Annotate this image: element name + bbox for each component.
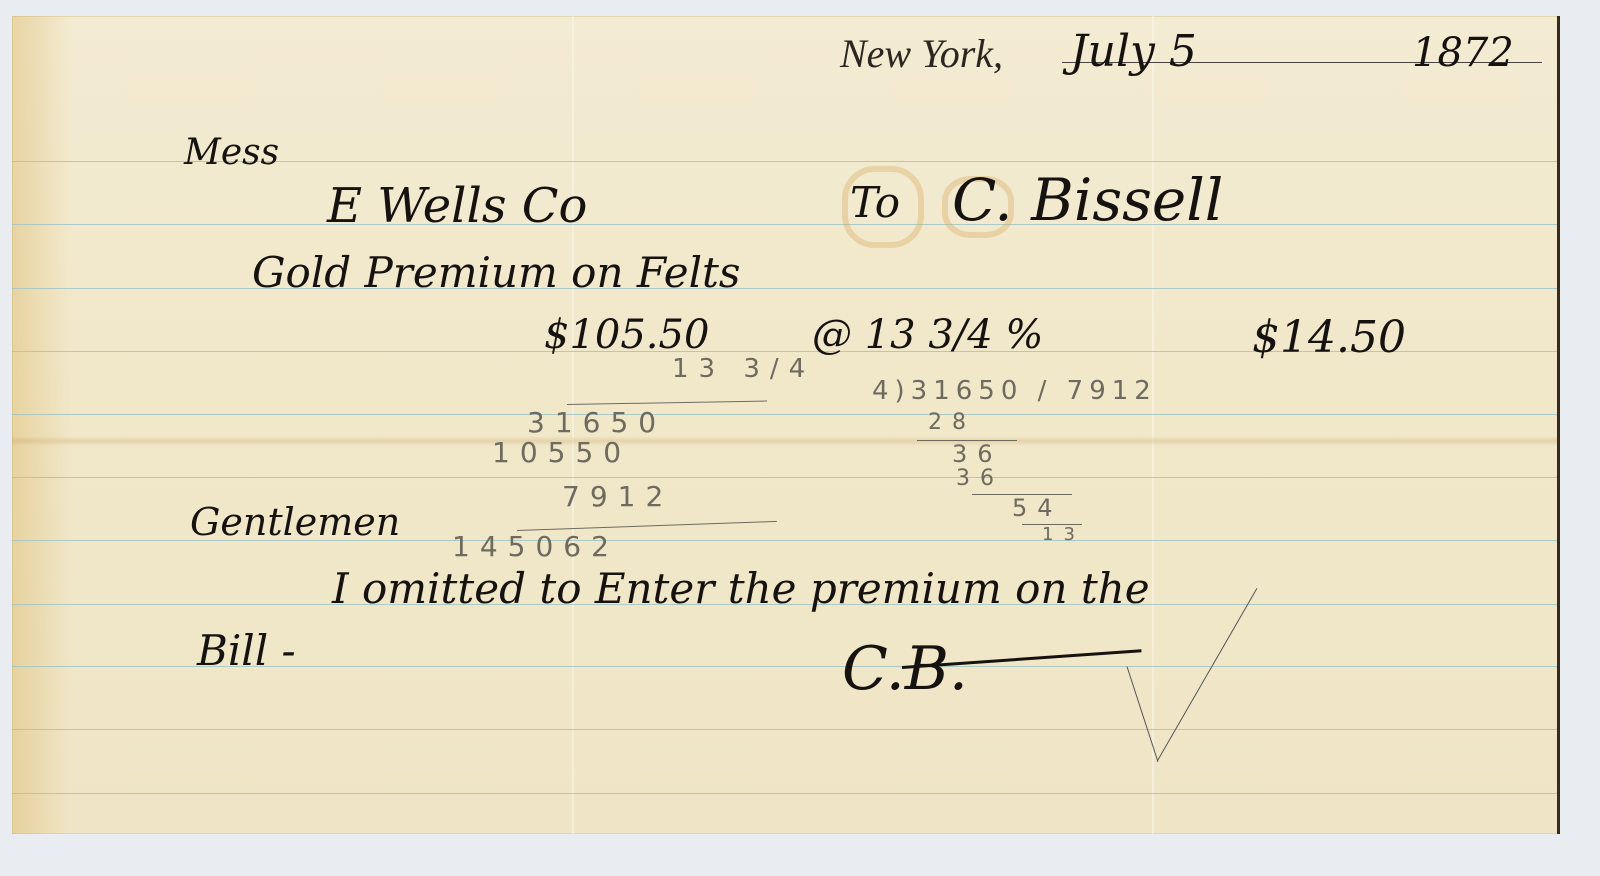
pencil-div-step: 54 <box>1012 494 1063 522</box>
greeting: Gentlemen <box>190 500 400 544</box>
pencil-line3: 7912 <box>562 480 673 513</box>
signature: C.B. <box>842 634 968 704</box>
addressee-name: E Wells Co <box>327 178 587 234</box>
to-label: To <box>850 178 900 227</box>
item-amount: $105.50 <box>544 312 709 358</box>
pencil-line1: 31650 <box>527 406 666 439</box>
pencil-div-step: 36 <box>956 466 1004 491</box>
printed-place: New York, <box>840 30 1003 77</box>
pencil-div-step: 36 <box>952 440 1003 468</box>
ruled-line <box>12 477 1560 478</box>
ruled-line <box>12 224 1560 225</box>
ruled-line <box>12 793 1560 794</box>
body-line1: I omitted to Enter the premium on the <box>332 564 1150 613</box>
pencil-rule <box>567 401 767 405</box>
pencil-division: 4)31650 / 7912 <box>872 376 1157 406</box>
pencil-div-step: 13 <box>1042 524 1085 545</box>
body-line2: Bill - <box>197 626 296 675</box>
year: 1872 <box>1412 30 1514 76</box>
salutation-prefix: Mess <box>184 132 279 173</box>
document-sheet: New York, July 5 1872 Mess E Wells Co To… <box>12 16 1560 834</box>
item-total: $14.50 <box>1252 312 1406 363</box>
pencil-result: 145062 <box>452 530 619 563</box>
ruled-line <box>12 288 1560 289</box>
check-mark <box>1157 588 1258 762</box>
item-rate: @ 13 3/4 % <box>812 312 1043 358</box>
pencil-line2: 10550 <box>492 436 631 469</box>
date: July 5 <box>1070 26 1197 77</box>
from-name: C. Bissell <box>952 166 1223 234</box>
item-description: Gold Premium on Felts <box>252 248 740 297</box>
fold-crease <box>12 436 1560 446</box>
ruled-line <box>12 729 1560 730</box>
ruled-line <box>12 414 1560 415</box>
fold-line <box>1152 16 1154 834</box>
pencil-div-step: 28 <box>928 410 976 435</box>
pencil-multiplier: 13 3/4 <box>672 354 815 384</box>
